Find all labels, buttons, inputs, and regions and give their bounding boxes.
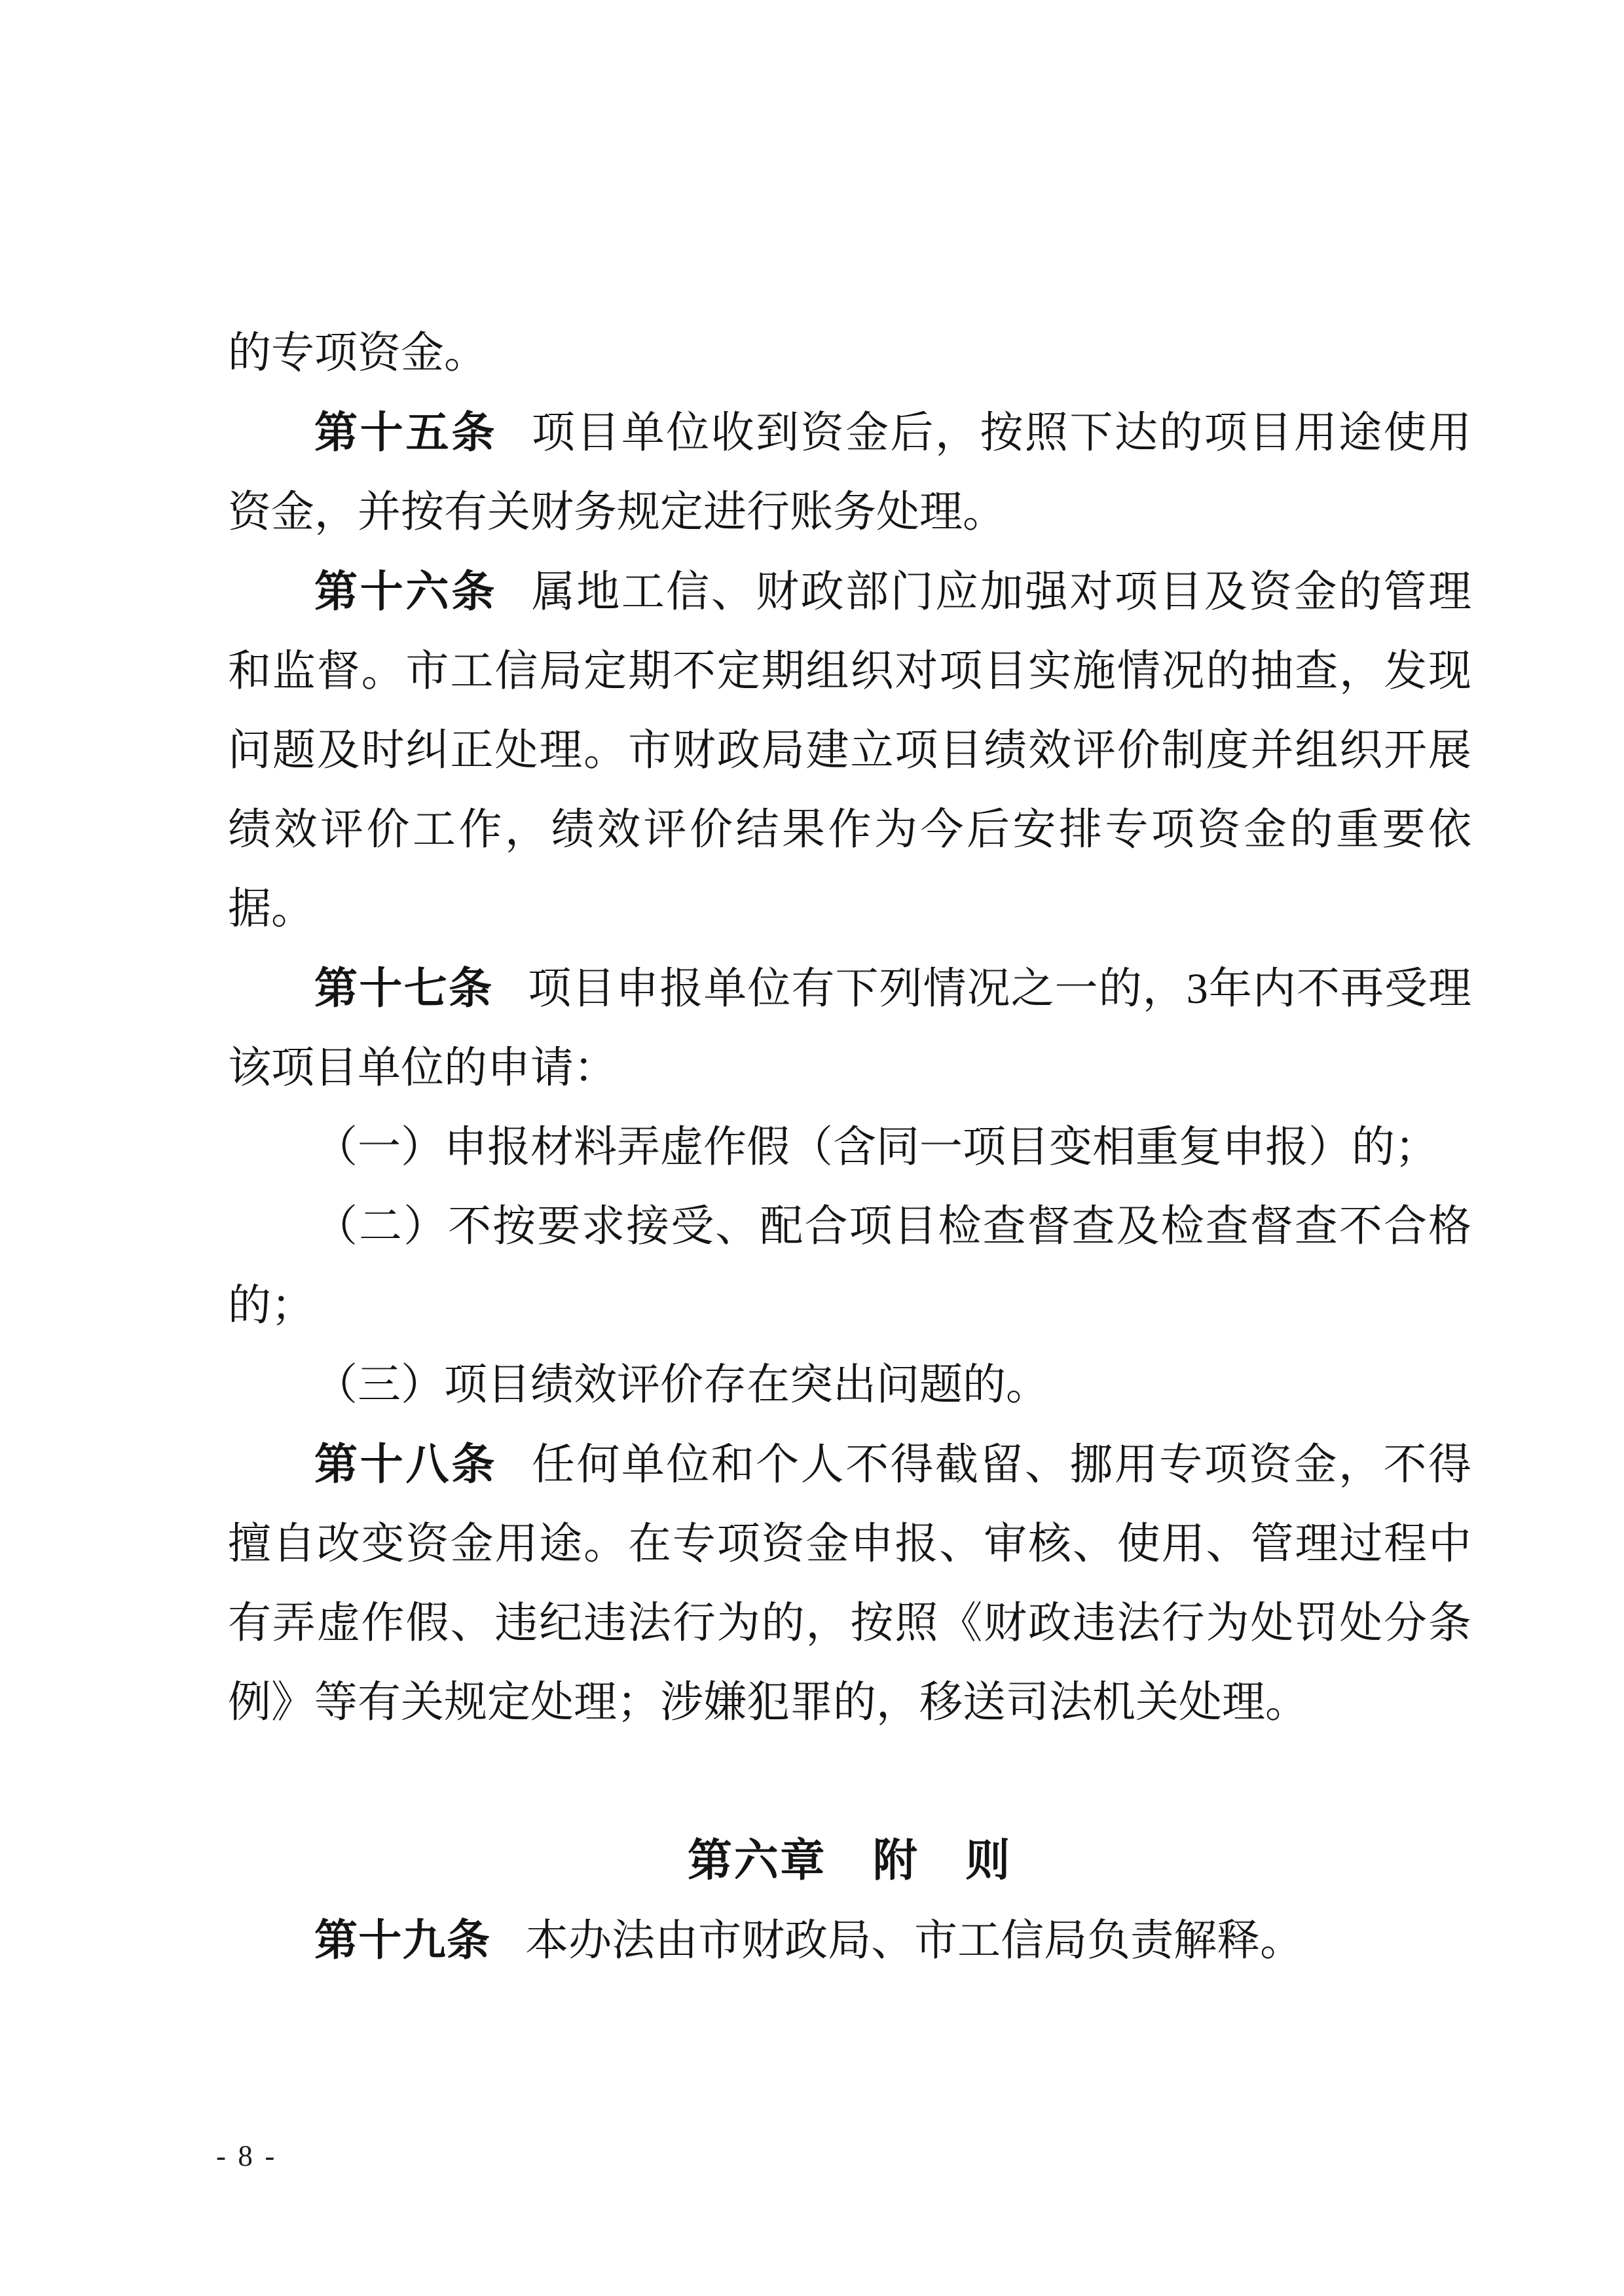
paragraph-item-3: （三）项目绩效评价存在突出问题的。	[228, 1345, 1471, 1425]
page-number: - 8 -	[216, 2138, 277, 2174]
paragraph-text: 的专项资金。	[228, 329, 487, 377]
paragraph-text: （三）项目绩效评价存在突出问题的。	[314, 1361, 1049, 1409]
paragraph-article-18: 第十八条任何单位和个人不得截留、挪用专项资金，不得擅自改变资金用途。在专项资金申…	[228, 1425, 1471, 1742]
article-number: 第十六条	[314, 567, 497, 615]
paragraph-continuation: 的专项资金。	[228, 314, 1471, 393]
article-number: 第十七条	[314, 964, 493, 1012]
article-number: 第十八条	[314, 1440, 497, 1488]
paragraph-item-2: （二）不按要求接受、配合项目检查督查及检查督查不合格的；	[228, 1187, 1471, 1345]
paragraph-article-19: 第十九条本办法由市财政局、市工信局负责解释。	[228, 1901, 1471, 1980]
paragraph-text: 本办法由市财政局、市工信局负责解释。	[525, 1917, 1303, 1965]
paragraph-text: （一）申报材料弄虚作假（含同一项目变相重复申报）的；	[314, 1123, 1438, 1171]
chapter-heading: 第六章 附 则	[228, 1821, 1471, 1901]
paragraph-item-1: （一）申报材料弄虚作假（含同一项目变相重复申报）的；	[228, 1108, 1471, 1187]
article-number: 第十九条	[314, 1916, 490, 1964]
paragraph-article-17: 第十七条项目申报单位有下列情况之一的，3年内不再受理该项目单位的申请：	[228, 949, 1471, 1108]
paragraph-article-15: 第十五条项目单位收到资金后，按照下达的项目用途使用资金，并按有关财务规定进行账务…	[228, 393, 1471, 552]
article-number: 第十五条	[314, 408, 497, 456]
paragraph-text: 属地工信、财政部门应加强对项目及资金的管理和监督。市工信局定期不定期组织对项目实…	[228, 568, 1471, 933]
document-body: 的专项资金。 第十五条项目单位收到资金后，按照下达的项目用途使用资金，并按有关财…	[228, 314, 1471, 1980]
document-page: 的专项资金。 第十五条项目单位收到资金后，按照下达的项目用途使用资金，并按有关财…	[0, 0, 1624, 2296]
paragraph-text: （二）不按要求接受、配合项目检查督查及检查督查不合格的；	[228, 1203, 1471, 1330]
paragraph-article-16: 第十六条属地工信、财政部门应加强对项目及资金的管理和监督。市工信局定期不定期组织…	[228, 552, 1471, 949]
